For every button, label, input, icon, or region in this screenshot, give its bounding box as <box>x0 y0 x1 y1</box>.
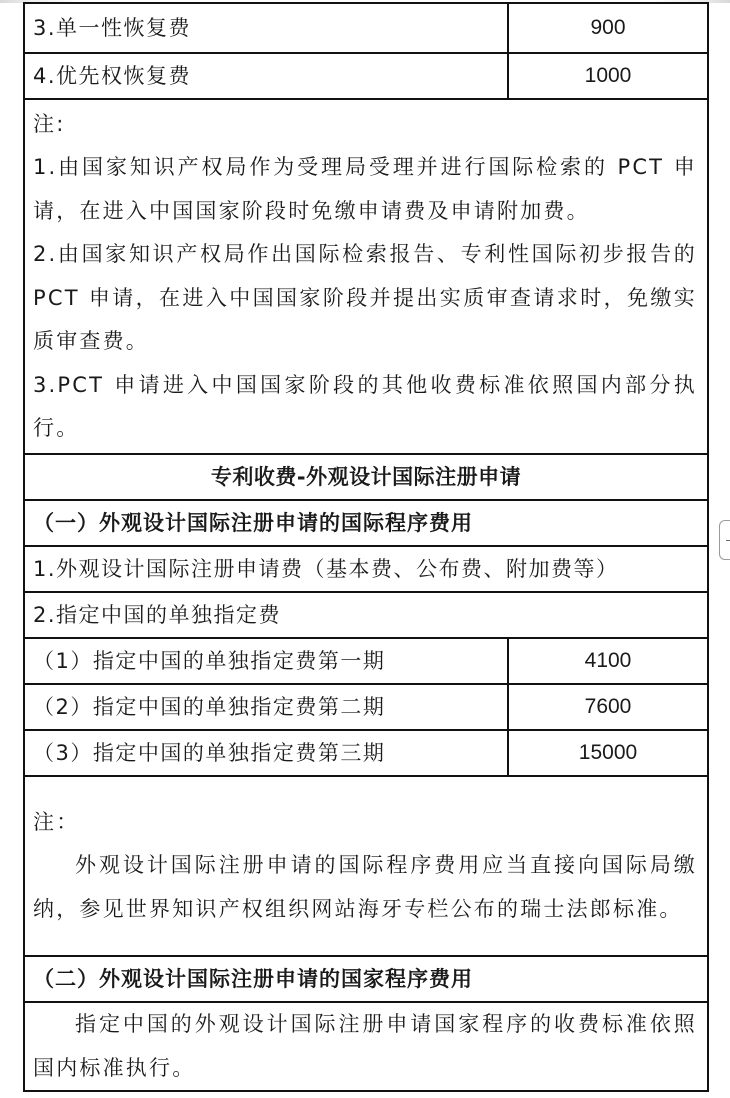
fee-value: 900 <box>508 3 708 53</box>
fee-label: （3）指定中国的单独指定费第三期 <box>24 730 508 776</box>
table-row: 4.优先权恢复费 1000 <box>24 53 708 99</box>
pct-notes: 注: 1.由国家知识产权局作为受理局受理并进行国际检索的 PCT 申请，在进入中… <box>24 99 708 454</box>
note-item: 2.由国家知识产权局作出国际检索报告、专利性国际初步报告的 PCT 申请，在进入… <box>33 233 697 364</box>
design-note-row: 注： 外观设计国际注册申请的国际程序费用应当直接向国际局缴纳，参见世界知识产权组… <box>24 776 708 956</box>
fee-value: 4100 <box>508 638 708 684</box>
design-note: 注： 外观设计国际注册申请的国际程序费用应当直接向国际局缴纳，参见世界知识产权组… <box>24 776 708 956</box>
part2-text-row: 指定中国的外观设计国际注册申请国家程序的收费标准依照国内标准执行。 <box>24 1002 708 1091</box>
fee-label: 3.单一性恢复费 <box>24 3 508 53</box>
fee-table: 3.单一性恢复费 900 4.优先权恢复费 1000 注: 1.由国家知识产权局… <box>23 2 709 1092</box>
table-row: （二）外观设计国际注册申请的国家程序费用 <box>24 956 708 1002</box>
section-title-row: 专利收费-外观设计国际注册申请 <box>24 454 708 500</box>
note-text: 外观设计国际注册申请的国际程序费用应当直接向国际局缴纳，参见世界知识产权组织网站… <box>33 844 697 931</box>
fee-value: 1000 <box>508 53 708 99</box>
fee-label: （1）指定中国的单独指定费第一期 <box>24 638 508 684</box>
table-row: 3.单一性恢复费 900 <box>24 3 708 53</box>
part2-text: 指定中国的外观设计国际注册申请国家程序的收费标准依照国内标准执行。 <box>33 1003 697 1090</box>
note-item: 3.PCT 申请进入中国国家阶段的其他收费标准依照国内部分执行。 <box>33 364 697 451</box>
part1-item2: 2.指定中国的单独指定费 <box>24 592 708 638</box>
table-row: （2）指定中国的单独指定费第二期 7600 <box>24 684 708 730</box>
table-row: 2.指定中国的单独指定费 <box>24 592 708 638</box>
table-row: （1）指定中国的单独指定费第一期 4100 <box>24 638 708 684</box>
table-row: 1.外观设计国际注册申请费（基本费、公布费、附加费等） <box>24 546 708 592</box>
note-heading: 注： <box>33 801 697 845</box>
table-row: （一）外观设计国际注册申请的国际程序费用 <box>24 500 708 546</box>
pct-notes-row: 注: 1.由国家知识产权局作为受理局受理并进行国际检索的 PCT 申请，在进入中… <box>24 99 708 454</box>
fee-label: （2）指定中国的单独指定费第二期 <box>24 684 508 730</box>
section-title: 专利收费-外观设计国际注册申请 <box>24 454 708 500</box>
part2-text-cell: 指定中国的外观设计国际注册申请国家程序的收费标准依照国内标准执行。 <box>24 1002 708 1091</box>
fee-label: 4.优先权恢复费 <box>24 53 508 99</box>
note-item: 1.由国家知识产权局作为受理局受理并进行国际检索的 PCT 申请，在进入中国国家… <box>33 146 697 233</box>
fee-value: 7600 <box>508 684 708 730</box>
note-heading: 注: <box>33 103 697 147</box>
part1-heading: （一）外观设计国际注册申请的国际程序费用 <box>24 500 708 546</box>
collapse-handle-icon[interactable] <box>719 520 730 560</box>
part1-item1: 1.外观设计国际注册申请费（基本费、公布费、附加费等） <box>24 546 708 592</box>
part2-heading: （二）外观设计国际注册申请的国家程序费用 <box>24 956 708 1002</box>
table-row: （3）指定中国的单独指定费第三期 15000 <box>24 730 708 776</box>
fee-value: 15000 <box>508 730 708 776</box>
